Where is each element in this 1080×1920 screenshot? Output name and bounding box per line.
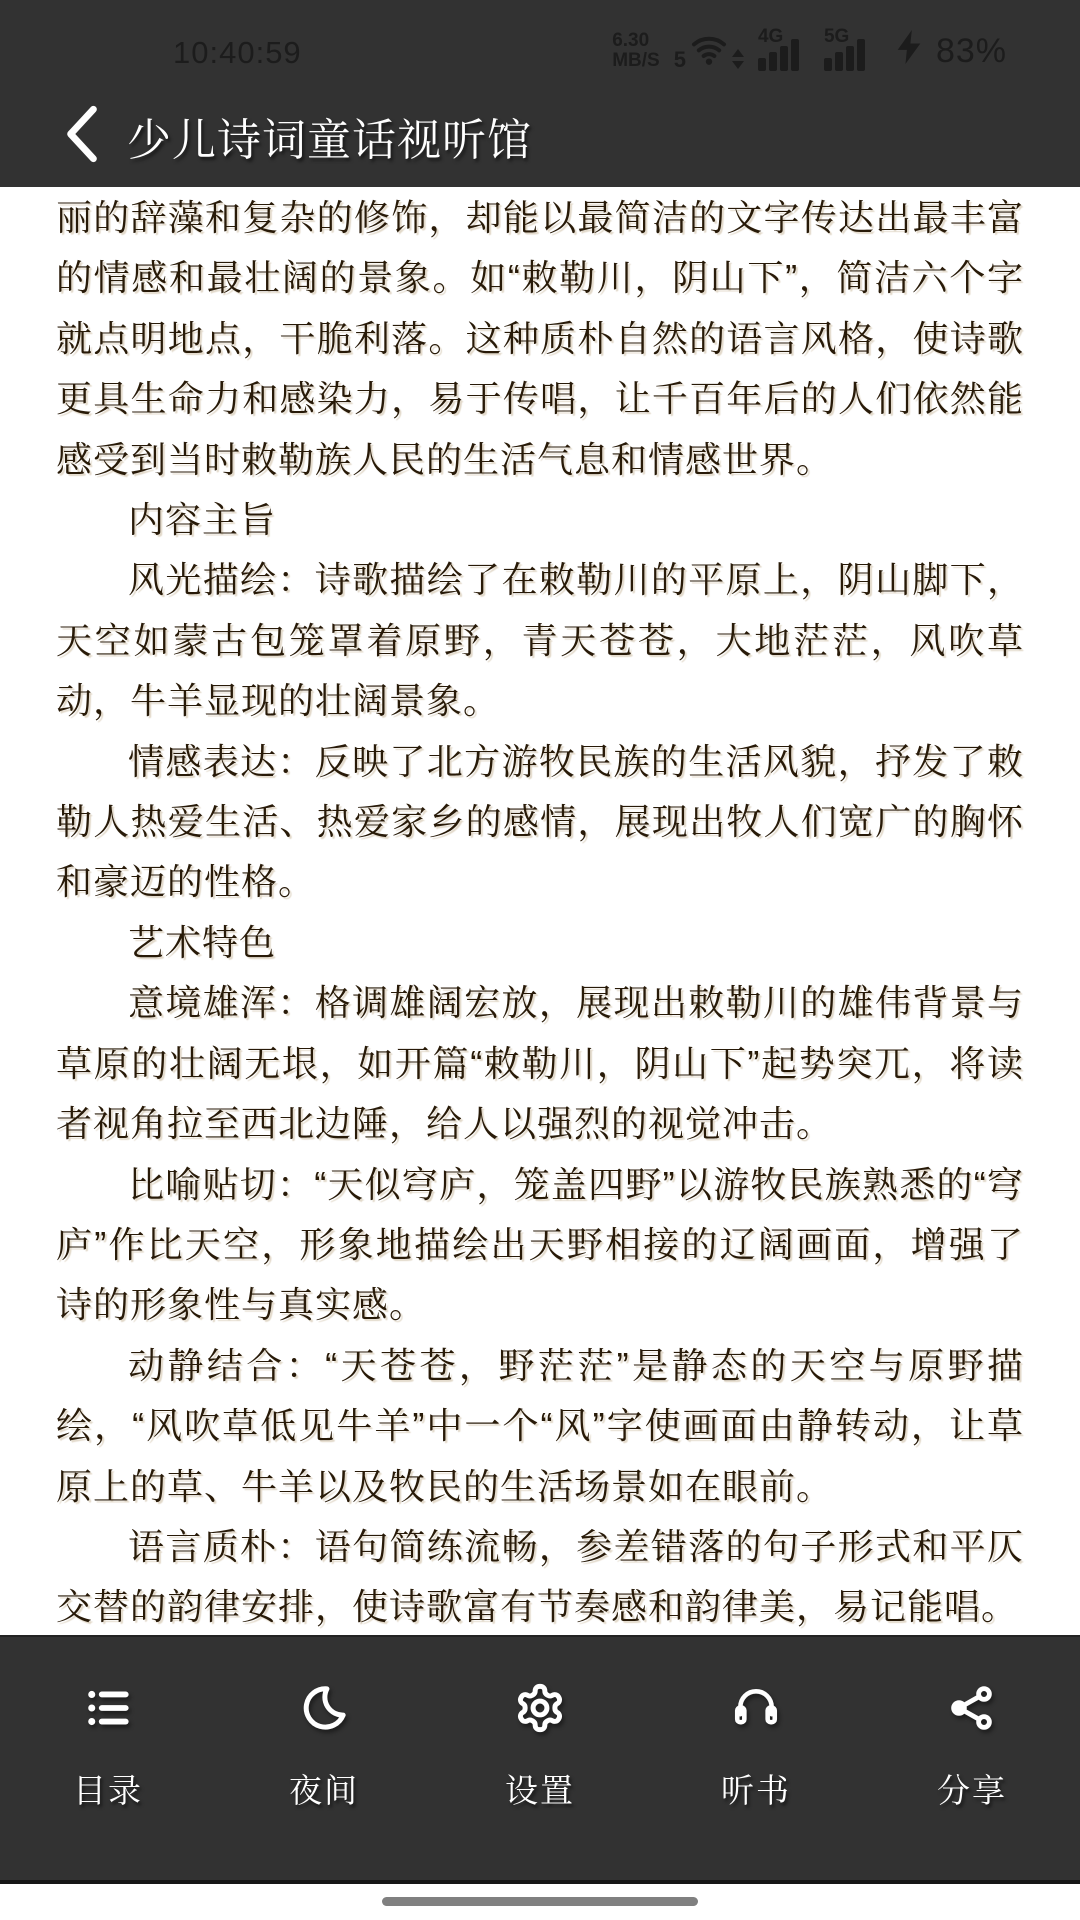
- status-bar: 10:40:59 6.30 MB/S 5: [0, 0, 1080, 85]
- toolbar-item-listen[interactable]: 听书: [648, 1637, 864, 1880]
- paragraph: 艺术特色: [56, 913, 1024, 973]
- home-indicator[interactable]: [382, 1897, 698, 1906]
- wifi-icon: [689, 32, 729, 71]
- reading-content[interactable]: 丽的辞藻和复杂的修饰，却能以最简洁的文字传达出最丰富的情感和最壮阔的景象。如“敕…: [0, 187, 1080, 1635]
- sim2-signal: 5G: [824, 27, 876, 71]
- paragraph: 内容主旨: [56, 490, 1024, 550]
- back-button[interactable]: [0, 105, 127, 168]
- gesture-area: [0, 1884, 1080, 1920]
- paragraph: 丽的辞藻和复杂的修饰，却能以最简洁的文字传达出最丰富的情感和最壮阔的景象。如“敕…: [56, 188, 1024, 490]
- moon-icon: [299, 1681, 349, 1735]
- paragraph: 情感表达：反映了北方游牧民族的生活风貌，抒发了敕勒人热爱生活、热爱家乡的感情，展…: [56, 732, 1024, 913]
- list-icon: [82, 1681, 134, 1735]
- toolbar-item-night-mode[interactable]: 夜间: [216, 1637, 432, 1880]
- title-bar: 少儿诗词童话视听馆: [0, 85, 1080, 187]
- paragraph: 比喻贴切：“天似穹庐，笼盖四野”以游牧民族熟悉的“穹庐”作比天空，形象地描绘出天…: [56, 1155, 1024, 1336]
- toolbar-label-catalog: 目录: [73, 1765, 143, 1812]
- page-title: 少儿诗词童话视听馆: [127, 104, 532, 168]
- network-speed-unit: MB/S: [612, 51, 660, 71]
- headphones-icon: [730, 1681, 782, 1735]
- charging-bolt-icon: [892, 28, 926, 71]
- paragraph: 语言质朴：语句简练流畅，参差错落的句子形式和平仄交替的韵律安排，使诗歌富有节奏感…: [56, 1517, 1024, 1635]
- toolbar-label-settings: 设置: [505, 1765, 575, 1812]
- network-speed-value: 6.30: [612, 31, 649, 51]
- status-icons: 6.30 MB/S 5: [612, 27, 1007, 71]
- toolbar-item-settings[interactable]: 设置: [432, 1637, 648, 1880]
- top-chrome: 10:40:59 6.30 MB/S 5: [0, 0, 1080, 187]
- share-icon: [948, 1681, 996, 1735]
- toolbar-item-catalog[interactable]: 目录: [0, 1637, 216, 1880]
- clock: 10:40:59: [173, 35, 302, 71]
- network-speed: 6.30 MB/S: [612, 31, 660, 71]
- sim1-signal-bars-icon: [758, 39, 799, 71]
- toolbar-label-night-mode: 夜间: [289, 1765, 359, 1812]
- sim2-signal-bars-icon: [824, 39, 865, 71]
- traffic-arrows-icon: [732, 49, 744, 69]
- wifi-status: 5: [674, 32, 744, 71]
- gear-icon: [514, 1681, 566, 1735]
- reader-app-screen: 10:40:59 6.30 MB/S 5: [0, 0, 1080, 1920]
- chevron-left-icon: [63, 105, 101, 168]
- paragraph: 动静结合：“天苍苍，野茫茫”是静态的天空与原野描绘，“风吹草低见牛羊”中一个“风…: [56, 1336, 1024, 1517]
- paragraph: 风光描绘：诗歌描绘了在敕勒川的平原上，阴山脚下，天空如蒙古包笼罩着原野，青天苍苍…: [56, 550, 1024, 731]
- toolbar-label-share: 分享: [937, 1765, 1007, 1812]
- paragraph: 意境雄浑：格调雄阔宏放，展现出敕勒川的雄伟背景与草原的壮阔无垠，如开篇“敕勒川，…: [56, 973, 1024, 1154]
- wifi-generation-label: 5: [674, 49, 686, 71]
- toolbar-label-listen: 听书: [721, 1765, 791, 1812]
- battery-percent: 83%: [936, 32, 1007, 71]
- sim1-signal: 4G: [758, 27, 810, 71]
- toolbar-item-share[interactable]: 分享: [864, 1637, 1080, 1880]
- reader-toolbar: 目录 夜间 设置: [0, 1635, 1080, 1884]
